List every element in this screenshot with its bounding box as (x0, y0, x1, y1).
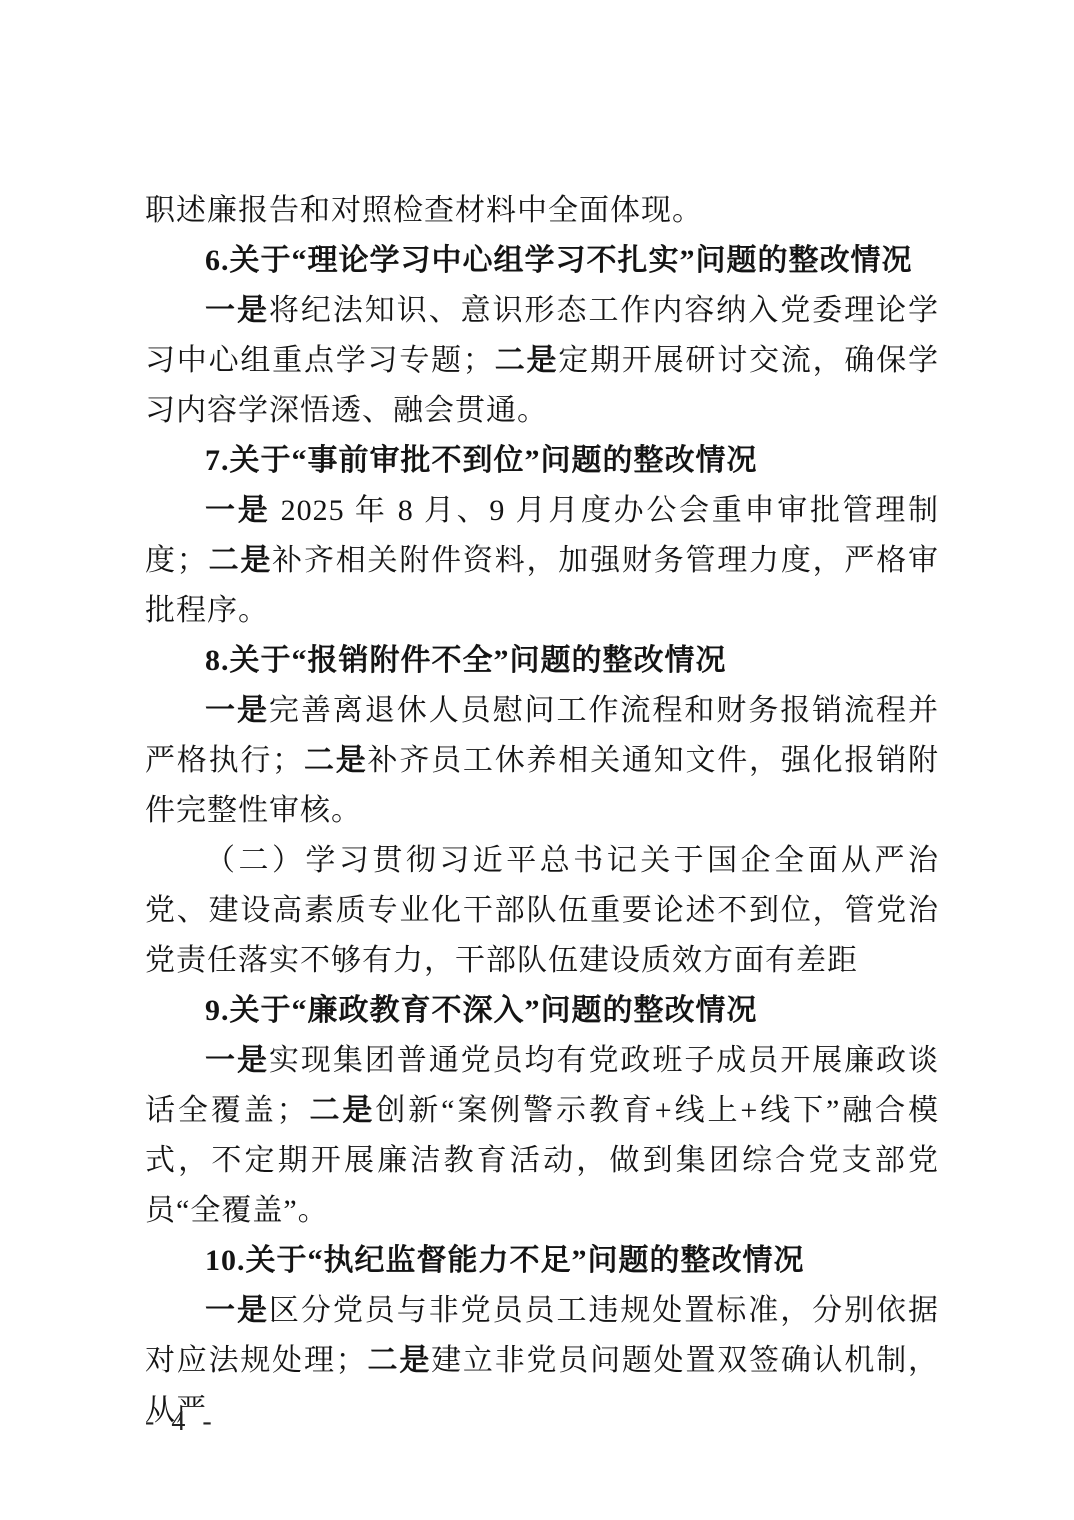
section-heading-8: 8.关于“报销附件不全”问题的整改情况 (145, 636, 939, 686)
paragraph-measures-10: 一是区分党员与非党员员工违规处置标准，分别依据对应法规处理；二是建立非党员问题处… (145, 1286, 939, 1436)
document-body: 职述廉报告和对照检查材料中全面体现。 6.关于“理论学习中心组学习不扎实”问题的… (145, 186, 939, 1436)
paragraph-continuation: 职述廉报告和对照检查材料中全面体现。 (145, 186, 939, 236)
page-number: - 4 - (145, 1404, 217, 1440)
heading-text: 9.关于“廉政教育不深入”问题的整改情况 (205, 994, 758, 1027)
document-page: 职述廉报告和对照检查材料中全面体现。 6.关于“理论学习中心组学习不扎实”问题的… (0, 0, 1074, 1520)
paragraph-text: 职述廉报告和对照检查材料中全面体现。 (145, 194, 703, 227)
paragraph-measures-7: 一是 2025 年 8 月、9 月月度办公会重申审批管理制度；二是补齐相关附件资… (145, 486, 939, 636)
paragraph-text: （二）学习贯彻习近平总书记关于国企全面从严治党、建设高素质专业化干部队伍重要论述… (145, 844, 939, 977)
emphasis-marker-first: 一是 (205, 694, 269, 727)
section-heading-10: 10.关于“执纪监督能力不足”问题的整改情况 (145, 1236, 939, 1286)
paragraph-subsection-2: （二）学习贯彻习近平总书记关于国企全面从严治党、建设高素质专业化干部队伍重要论述… (145, 836, 939, 986)
paragraph-measures-9: 一是实现集团普通党员均有党政班子成员开展廉政谈话全覆盖；二是创新“案例警示教育+… (145, 1036, 939, 1236)
emphasis-marker-first: 一是 (205, 494, 270, 527)
emphasis-marker-first: 一是 (205, 1294, 269, 1327)
emphasis-marker-second: 二是 (303, 744, 367, 777)
emphasis-marker-second: 二是 (494, 344, 558, 377)
paragraph-measures-6: 一是将纪法知识、意识形态工作内容纳入党委理论学习中心组重点学习专题；二是定期开展… (145, 286, 939, 436)
emphasis-marker-second: 二是 (308, 1094, 376, 1127)
heading-text: 7.关于“事前审批不到位”问题的整改情况 (205, 444, 758, 477)
emphasis-marker-first: 一是 (205, 1044, 269, 1077)
section-heading-6: 6.关于“理论学习中心组学习不扎实”问题的整改情况 (145, 236, 939, 286)
section-heading-9: 9.关于“廉政教育不深入”问题的整改情况 (145, 986, 939, 1036)
heading-text: 10.关于“执纪监督能力不足”问题的整改情况 (205, 1244, 805, 1277)
emphasis-marker-second: 二是 (367, 1344, 431, 1377)
section-heading-7: 7.关于“事前审批不到位”问题的整改情况 (145, 436, 939, 486)
emphasis-marker-first: 一是 (205, 294, 269, 327)
heading-text: 6.关于“理论学习中心组学习不扎实”问题的整改情况 (205, 244, 913, 277)
paragraph-measures-8: 一是完善离退休人员慰问工作流程和财务报销流程并严格执行；二是补齐员工休养相关通知… (145, 686, 939, 836)
heading-text: 8.关于“报销附件不全”问题的整改情况 (205, 644, 727, 677)
emphasis-marker-second: 二是 (208, 544, 272, 577)
